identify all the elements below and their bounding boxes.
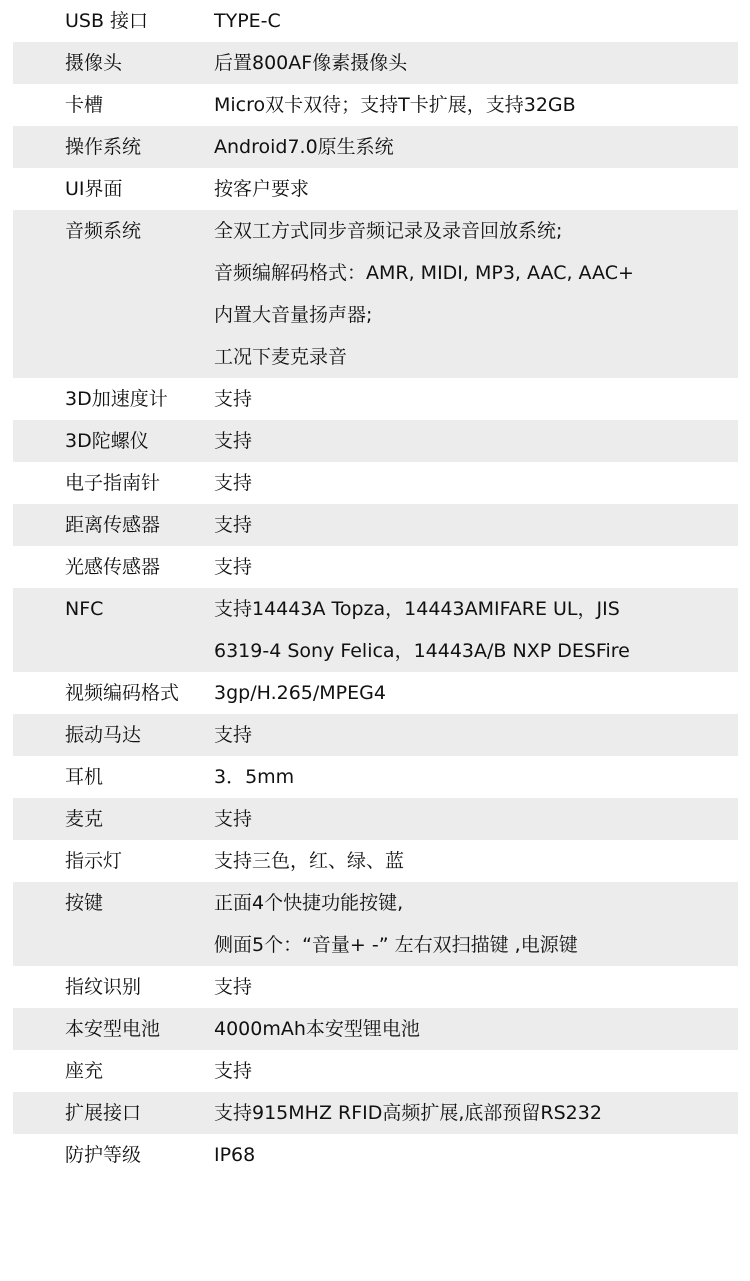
spec-label: 按键 (13, 882, 214, 966)
spec-value: 4000mAh本安型锂电池 (214, 1008, 738, 1050)
spec-label: USB 接口 (13, 0, 214, 42)
spec-value: 工况下麦克录音 (214, 336, 738, 378)
spec-row: 按键正面4个快捷功能按键,侧面5个：“音量+ -” 左右双扫描键 ,电源键 (13, 882, 738, 966)
spec-value: 支持 (214, 798, 738, 840)
spec-row: 3D陀螺仪支持 (13, 420, 738, 462)
spec-values: IP68 (214, 1134, 738, 1176)
spec-values: 支持915MHZ RFID高频扩展,底部预留RS232 (214, 1092, 738, 1134)
spec-row: 防护等级IP68 (13, 1134, 738, 1176)
spec-value: 3gp/H.265/MPEG4 (214, 672, 738, 714)
spec-values: 支持 (214, 462, 738, 504)
spec-values: 支持 (214, 504, 738, 546)
spec-row: 摄像头后置800AF像素摄像头 (13, 42, 738, 84)
spec-value: TYPE-C (214, 0, 738, 42)
spec-label: 座充 (13, 1050, 214, 1092)
spec-value: 3．5mm (214, 756, 738, 798)
spec-label: 指示灯 (13, 840, 214, 882)
spec-row: 卡槽Micro双卡双待；支持T卡扩展，支持32GB (13, 84, 738, 126)
spec-values: 支持 (214, 420, 738, 462)
spec-row: 座充支持 (13, 1050, 738, 1092)
spec-label: 3D加速度计 (13, 378, 214, 420)
spec-values: 4000mAh本安型锂电池 (214, 1008, 738, 1050)
spec-label: 3D陀螺仪 (13, 420, 214, 462)
spec-row: 振动马达支持 (13, 714, 738, 756)
spec-label: 扩展接口 (13, 1092, 214, 1134)
spec-value: 后置800AF像素摄像头 (214, 42, 738, 84)
spec-row: USB 接口TYPE-C (13, 0, 738, 42)
spec-row: 扩展接口支持915MHZ RFID高频扩展,底部预留RS232 (13, 1092, 738, 1134)
spec-row: 本安型电池4000mAh本安型锂电池 (13, 1008, 738, 1050)
spec-value: 支持 (214, 504, 738, 546)
spec-value: 全双工方式同步音频记录及录音回放系统; (214, 210, 738, 252)
spec-values: Micro双卡双待；支持T卡扩展，支持32GB (214, 84, 738, 126)
spec-label: 指纹识别 (13, 966, 214, 1008)
spec-value: 支持915MHZ RFID高频扩展,底部预留RS232 (214, 1092, 738, 1134)
spec-values: 全双工方式同步音频记录及录音回放系统;音频编解码格式：AMR, MIDI, MP… (214, 210, 738, 378)
spec-label: 卡槽 (13, 84, 214, 126)
spec-values: 支持 (214, 378, 738, 420)
spec-label: 音频系统 (13, 210, 214, 378)
spec-label: 麦克 (13, 798, 214, 840)
spec-row: 音频系统全双工方式同步音频记录及录音回放系统;音频编解码格式：AMR, MIDI… (13, 210, 738, 378)
spec-row: 操作系统Android7.0原生系统 (13, 126, 738, 168)
spec-label: 振动马达 (13, 714, 214, 756)
spec-row: 麦克支持 (13, 798, 738, 840)
spec-value: 音频编解码格式：AMR, MIDI, MP3, AAC, AAC+ (214, 252, 738, 294)
spec-value: 支持 (214, 966, 738, 1008)
spec-value: 侧面5个：“音量+ -” 左右双扫描键 ,电源键 (214, 924, 738, 966)
spec-label: 操作系统 (13, 126, 214, 168)
spec-values: 支持三色，红、绿、蓝 (214, 840, 738, 882)
spec-row: 距离传感器支持 (13, 504, 738, 546)
spec-label: 距离传感器 (13, 504, 214, 546)
spec-row: 耳机3．5mm (13, 756, 738, 798)
spec-label: 防护等级 (13, 1134, 214, 1176)
spec-label: UI界面 (13, 168, 214, 210)
spec-values: 正面4个快捷功能按键,侧面5个：“音量+ -” 左右双扫描键 ,电源键 (214, 882, 738, 966)
spec-value: 支持14443A Topza，14443AMIFARE UL，JIS (214, 588, 738, 630)
spec-values: 按客户要求 (214, 168, 738, 210)
spec-value: Micro双卡双待；支持T卡扩展，支持32GB (214, 84, 738, 126)
spec-row: 指示灯支持三色，红、绿、蓝 (13, 840, 738, 882)
spec-label: 本安型电池 (13, 1008, 214, 1050)
spec-values: TYPE-C (214, 0, 738, 42)
spec-label: 视频编码格式 (13, 672, 214, 714)
spec-value: 内置大音量扬声器; (214, 294, 738, 336)
spec-row: NFC支持14443A Topza，14443AMIFARE UL，JIS631… (13, 588, 738, 672)
spec-label: NFC (13, 588, 214, 672)
spec-values: 支持 (214, 714, 738, 756)
spec-row: 电子指南针支持 (13, 462, 738, 504)
spec-value: IP68 (214, 1134, 738, 1176)
spec-value: 支持 (214, 378, 738, 420)
spec-values: 后置800AF像素摄像头 (214, 42, 738, 84)
spec-table: USB 接口TYPE-C摄像头后置800AF像素摄像头卡槽Micro双卡双待；支… (13, 0, 738, 1176)
spec-value: 支持 (214, 714, 738, 756)
spec-label: 摄像头 (13, 42, 214, 84)
spec-row: 光感传感器支持 (13, 546, 738, 588)
spec-label: 电子指南针 (13, 462, 214, 504)
spec-values: Android7.0原生系统 (214, 126, 738, 168)
spec-value: 支持 (214, 1050, 738, 1092)
spec-values: 3gp/H.265/MPEG4 (214, 672, 738, 714)
spec-label: 耳机 (13, 756, 214, 798)
spec-values: 3．5mm (214, 756, 738, 798)
spec-value: 支持 (214, 462, 738, 504)
spec-row: 3D加速度计支持 (13, 378, 738, 420)
spec-row: 指纹识别支持 (13, 966, 738, 1008)
spec-value: 按客户要求 (214, 168, 738, 210)
spec-values: 支持 (214, 546, 738, 588)
spec-values: 支持 (214, 798, 738, 840)
spec-values: 支持14443A Topza，14443AMIFARE UL，JIS6319-4… (214, 588, 738, 672)
spec-label: 光感传感器 (13, 546, 214, 588)
spec-value: 正面4个快捷功能按键, (214, 882, 738, 924)
spec-value: 支持三色，红、绿、蓝 (214, 840, 738, 882)
spec-value: 支持 (214, 420, 738, 462)
spec-value: 支持 (214, 546, 738, 588)
spec-row: UI界面按客户要求 (13, 168, 738, 210)
spec-value: Android7.0原生系统 (214, 126, 738, 168)
spec-values: 支持 (214, 966, 738, 1008)
spec-row: 视频编码格式3gp/H.265/MPEG4 (13, 672, 738, 714)
spec-values: 支持 (214, 1050, 738, 1092)
spec-value: 6319-4 Sony Felica，14443A/B NXP DESFire (214, 630, 738, 672)
